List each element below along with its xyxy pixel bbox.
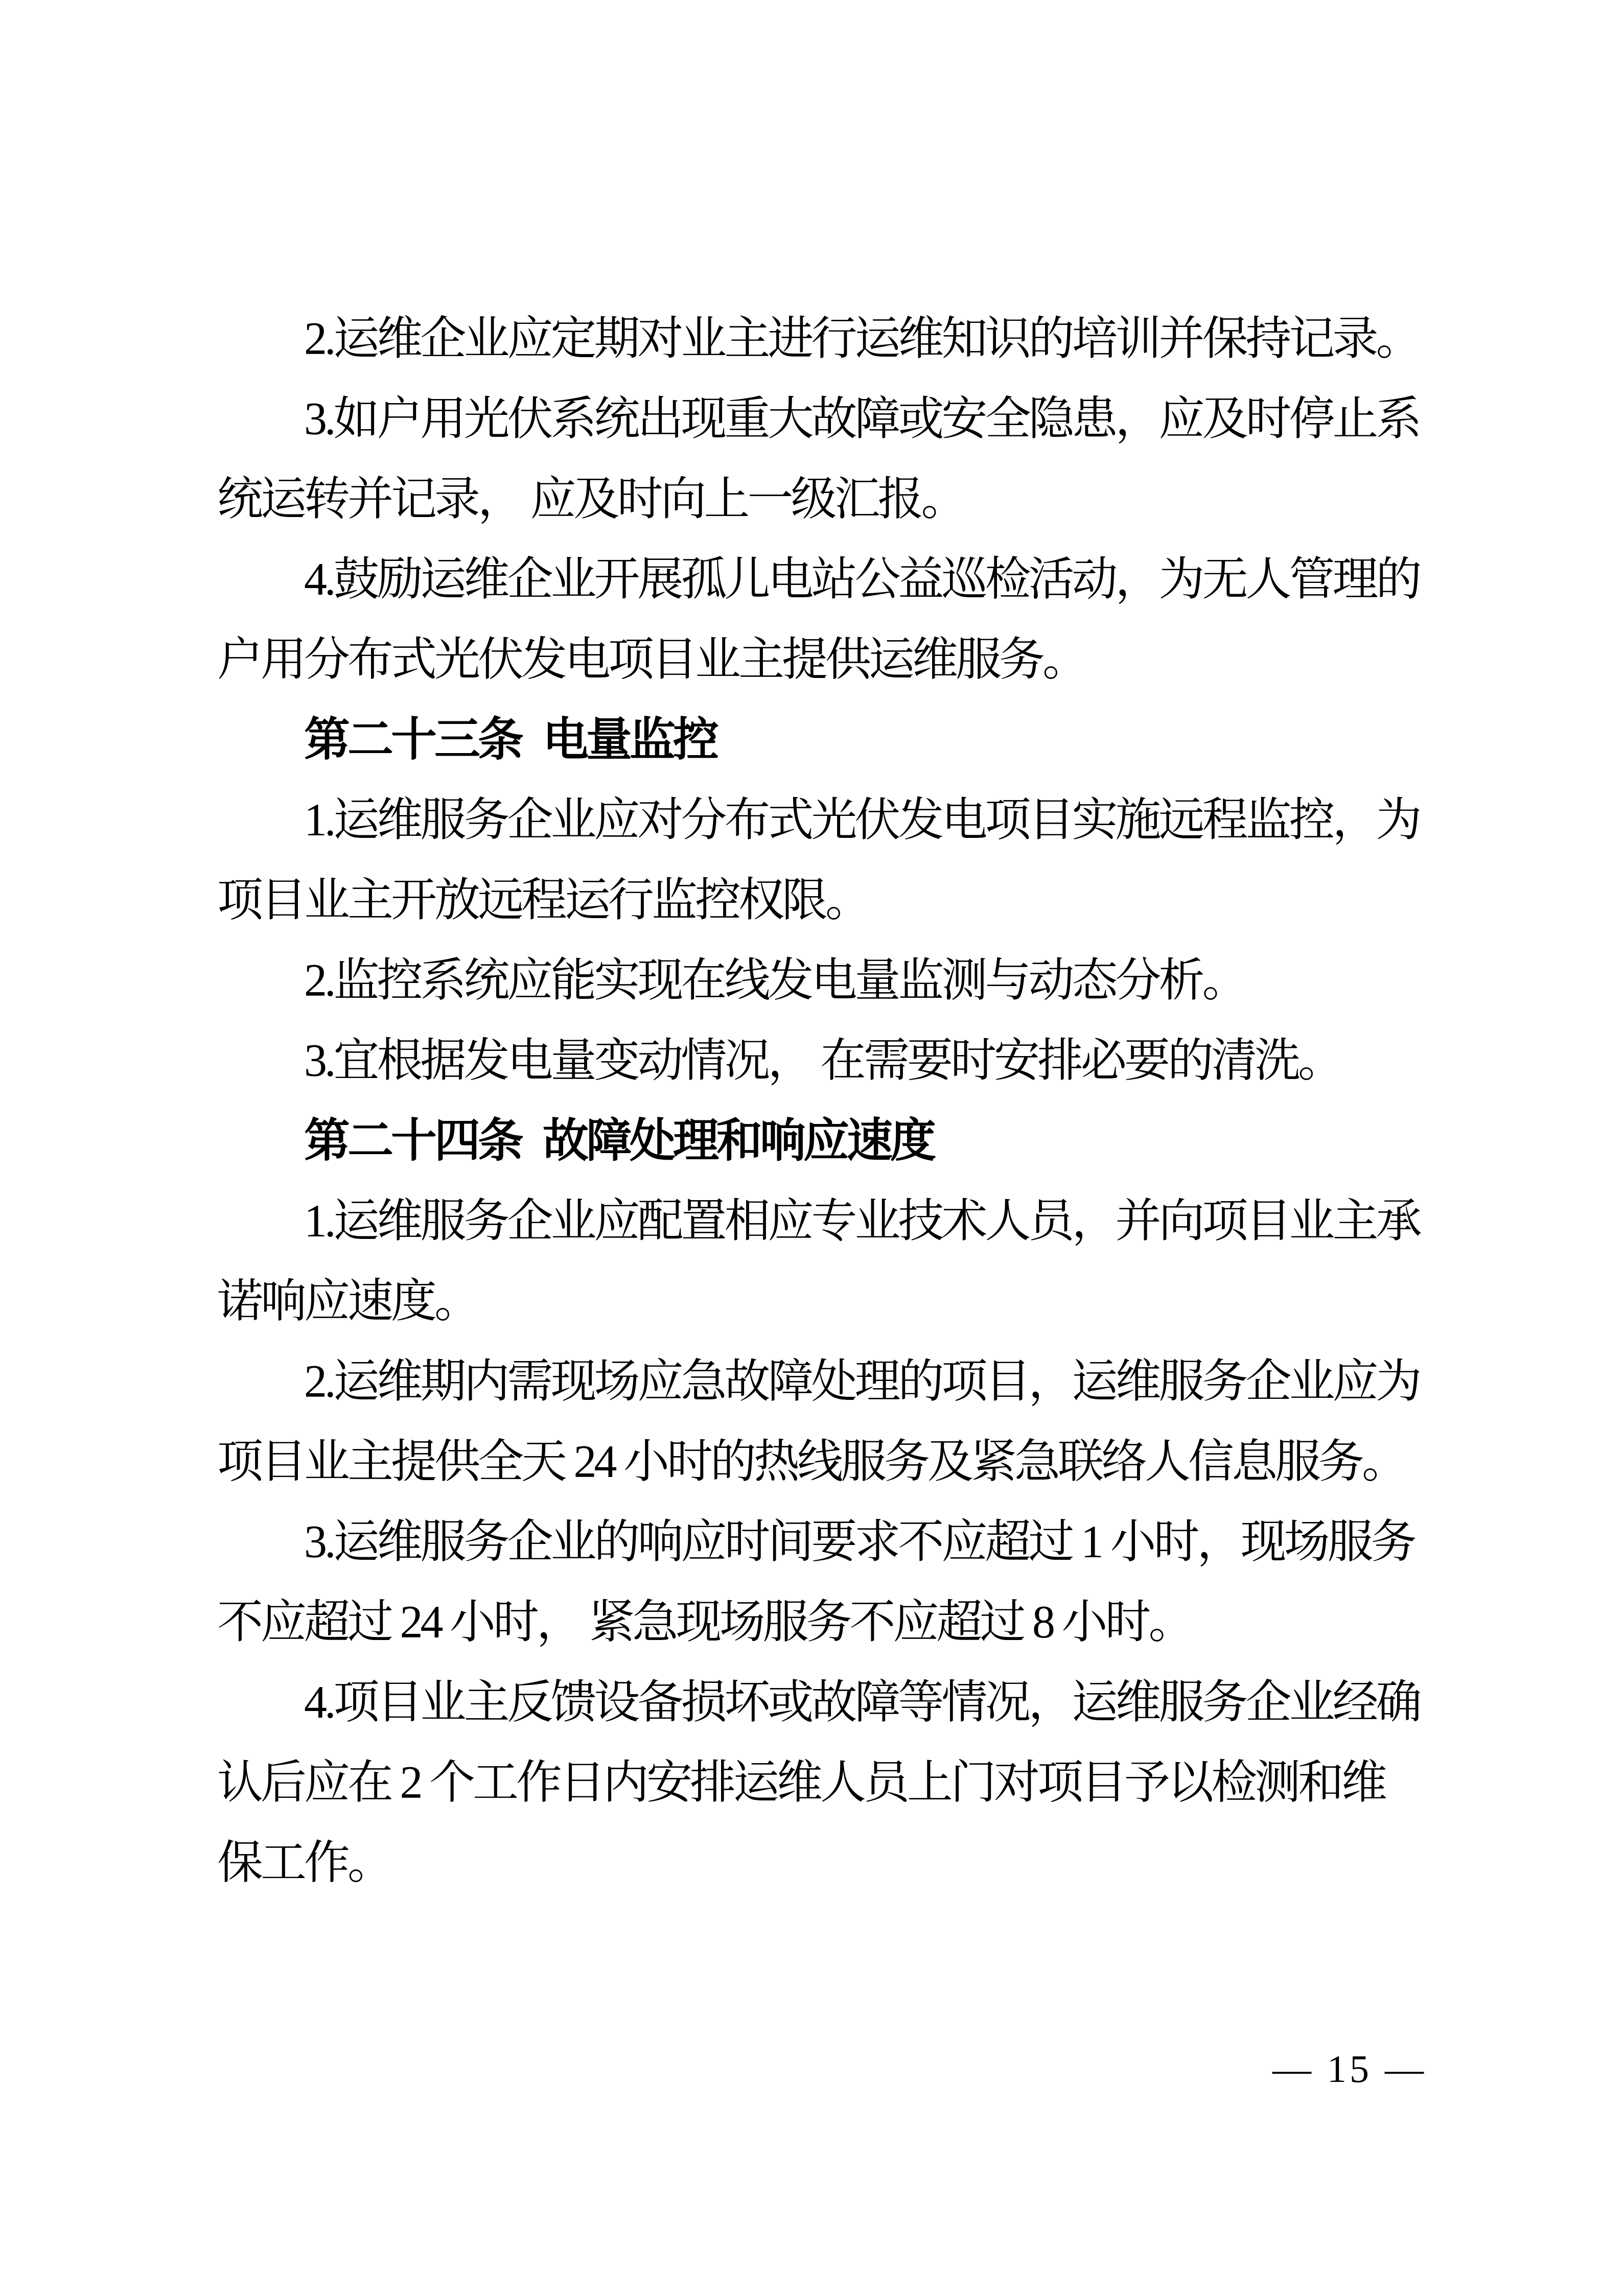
text-line: 2.运维期内需现场应急故障处理的项目，运维服务企业应为 (217, 1342, 1433, 1422)
text-line: 1.运维服务企业应配置相应专业技术人员，并向项目业主承 (217, 1181, 1433, 1261)
text-line: 3.如户用光伏系统出现重大故障或安全隐患，应及时停止系 (217, 379, 1433, 459)
article-number: 第二十四条 (304, 1115, 521, 1166)
text-line: 3.宜根据发电量变动情况， 在需要时安排必要的清洗。 (217, 1021, 1433, 1101)
text-line: 4.项目业主反馈设备损坏或故障等情况，运维服务企业经确 (217, 1662, 1433, 1743)
text-line: 不应超过 24 小时， 紧急现场服务不应超过 8 小时。 (217, 1582, 1433, 1662)
text-line: 2.运维企业应定期对业主进行运维知识的培训并保持记录。 (217, 299, 1433, 379)
text-line: 认后应在 2 个工作日内安排运维人员上门对项目予以检测和维 (217, 1743, 1433, 1823)
article-title: 故障处理和响应速度 (543, 1116, 934, 1166)
article-heading: 第二十四条故障处理和响应速度 (217, 1101, 1433, 1181)
text-line: 4.鼓励运维企业开展孤儿电站公益巡检活动，为无人管理的 (217, 540, 1433, 620)
article-heading: 第二十三条电量监控 (217, 700, 1433, 780)
article-number: 第二十三条 (304, 714, 521, 765)
text-line: 项目业主开放远程运行监控权限。 (217, 860, 1433, 941)
text-line: 统运转并记录， 应及时向上一级汇报。 (217, 459, 1433, 540)
document-page: 2.运维企业应定期对业主进行运维知识的培训并保持记录。 3.如户用光伏系统出现重… (0, 0, 1624, 2296)
text-line: 户用分布式光伏发电项目业主提供运维服务。 (217, 620, 1433, 700)
article-title: 电量监控 (543, 715, 716, 765)
text-line: 项目业主提供全天 24 小时的热线服务及紧急联络人信息服务。 (217, 1422, 1433, 1502)
text-line: 3.运维服务企业的响应时间要求不应超过 1 小时，现场服务 (217, 1502, 1433, 1582)
text-line: 诺响应速度。 (217, 1261, 1433, 1342)
page-number: — 15 — (1272, 2041, 1427, 2097)
text-line: 1.运维服务企业应对分布式光伏发电项目实施远程监控，为 (217, 780, 1433, 860)
text-line: 2.监控系统应能实现在线发电量监测与动态分析。 (217, 941, 1433, 1021)
text-line: 保工作。 (217, 1823, 1433, 1903)
document-body: 2.运维企业应定期对业主进行运维知识的培训并保持记录。 3.如户用光伏系统出现重… (217, 299, 1433, 1903)
